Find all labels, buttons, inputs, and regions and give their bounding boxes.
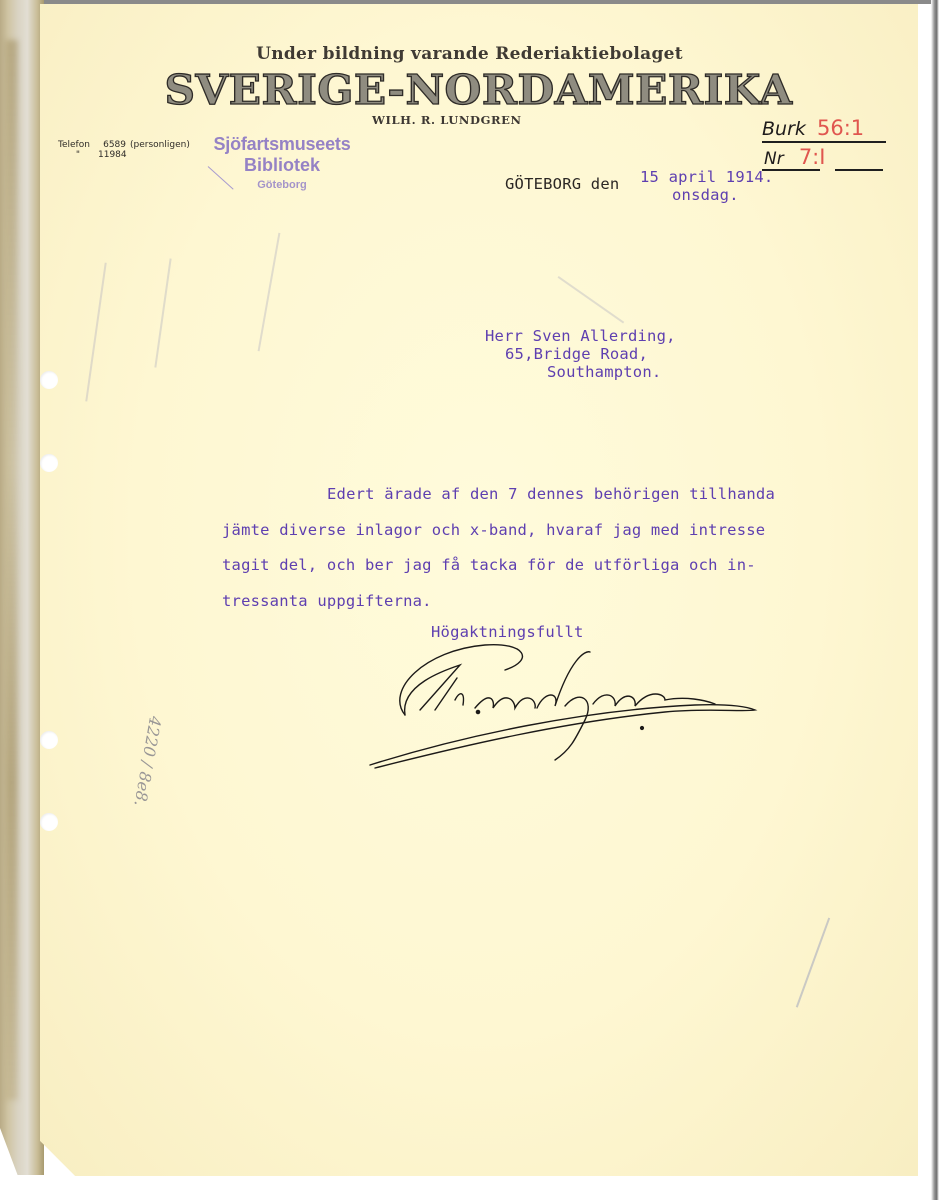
punch-hole — [40, 371, 58, 389]
binding-strip — [0, 0, 44, 1175]
phone-number-1: 6589 — [98, 140, 126, 150]
phone-numbers: Telefon 6589 (personligen) " 11984 — [58, 140, 190, 160]
dateline-place: GÖTEBORG den — [505, 175, 619, 193]
body-line-2: jämte diverse inlagor och x-band, hvaraf… — [222, 521, 765, 539]
archive-box-ref: Burk 56:1 — [762, 116, 864, 140]
archive-underline — [835, 169, 883, 171]
letterhead-company-name: SVERIGE-NORDAMERIKA — [118, 66, 839, 114]
punch-hole — [40, 813, 58, 831]
phone-number-2: 11984 — [98, 150, 126, 160]
letter-paper — [40, 4, 918, 1176]
scanner-frame-top — [40, 0, 939, 4]
letterhead-subtitle: Under bildning varande Rederiaktiebolage… — [0, 44, 939, 64]
scanned-letter: Under bildning varande Rederiaktiebolage… — [0, 0, 939, 1200]
archive-number-ref: Nr 7:I — [764, 145, 825, 169]
phone-label: Telefon — [58, 140, 98, 150]
body-line-1: Edert ärade af den 7 dennes behörigen ti… — [327, 485, 775, 503]
archive-underline — [762, 141, 886, 143]
dateline-date: 15 april 1914. — [640, 168, 773, 186]
stamp-line-2: Bibliotek — [198, 155, 366, 175]
scanner-frame-right — [931, 0, 939, 1200]
phone-note: (personligen) — [130, 140, 190, 150]
body-line-3: tagit del, och ber jag få tacka för de u… — [222, 556, 756, 574]
archive-number-label: Nr — [764, 149, 784, 169]
recipient-line-2: 65,Bridge Road, — [505, 345, 648, 363]
body-line-4: tressanta uppgifterna. — [222, 592, 432, 610]
dateline-weekday: onsdag. — [672, 186, 739, 204]
letterhead-owner: WILH. R. LUNDGREN — [372, 113, 522, 127]
signature — [365, 630, 765, 780]
archive-number-value: 7:I — [799, 145, 826, 169]
punch-hole — [40, 731, 58, 749]
archive-box-value: 56:1 — [817, 116, 864, 140]
ditto-mark: " — [58, 150, 98, 160]
recipient-line-3: Southampton. — [547, 363, 661, 381]
punch-hole — [40, 454, 58, 472]
archive-box-label: Burk — [762, 118, 806, 140]
library-stamp: Sjöfartsmuseets Bibliotek Göteborg — [198, 134, 366, 192]
recipient-line-1: Herr Sven Allerding, — [485, 327, 676, 345]
stamp-line-1: Sjöfartsmuseets — [198, 134, 366, 154]
stamp-line-3: Göteborg — [198, 178, 366, 192]
